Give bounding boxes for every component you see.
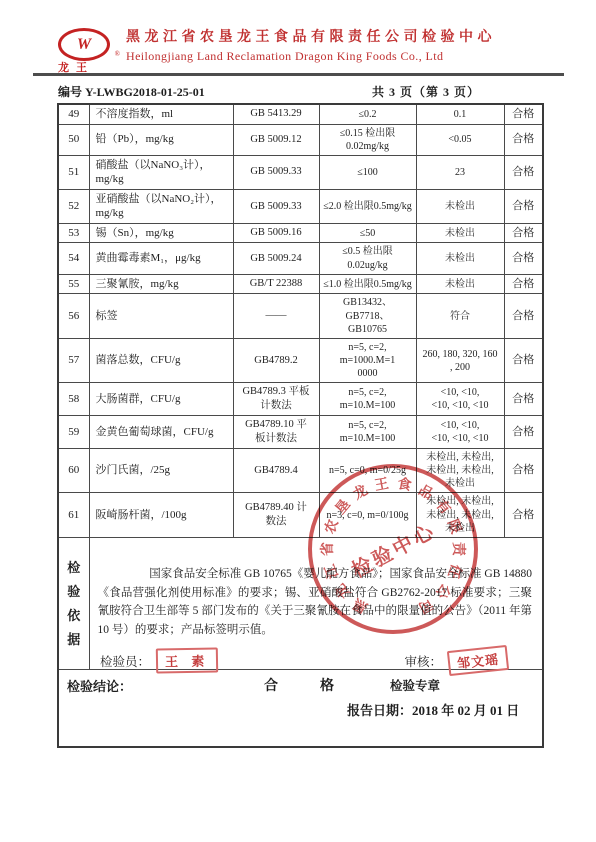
cell-conclusion: 合格 [504,416,543,449]
basis-label: 检验依据 [59,559,89,649]
cell-requirement: ≤0.5 检出限0.02ug/kg [319,243,416,274]
cell-result: 260, 180, 320, 160 , 200 [416,338,504,383]
cell-item: 锡（Sn），mg/kg [89,223,233,243]
cell-item: 亚硝酸盐（以NaNO₂计），mg/kg [89,189,233,223]
header-divider [33,73,564,76]
cell-method: GB 5009.33 [233,155,319,189]
table-row: 61阪崎肠杆菌，/100gGB4789.40 计 数法n=3, c=0, m=0… [58,493,543,538]
cell-item: 菌落总数，CFU/g [89,338,233,383]
cell-no: 55 [58,274,89,294]
cell-conclusion: 合格 [504,223,543,243]
cell-result: <10, <10, <10, <10, <10 [416,383,504,416]
cell-item: 硝酸盐（以NaNO₃计），mg/kg [89,155,233,189]
cell-method: GB 5009.33 [233,189,319,223]
company-name-cn: 黑龙江省农垦龙王食品有限责任公司检验中心 [126,26,496,46]
report-number-value: Y-LWBG2018-01-25-01 [85,85,205,99]
table-row: 58大肠菌群，CFU/gGB4789.3 平板 计数法n=5, c=2, m=1… [58,383,543,416]
cell-conclusion: 合格 [504,155,543,189]
company-logo: W 龙王 ® [58,28,114,72]
cell-method: GB4789.40 计 数法 [233,493,319,538]
cell-no: 60 [58,448,89,493]
inspector-signature: 检验员： 王 素 [100,648,218,673]
cell-item: 金黄色葡萄球菌，CFU/g [89,416,233,449]
cell-method: GB4789.10 平 板计数法 [233,416,319,449]
report-date: 报告日期：2018 年 02 月 01 日 [347,702,519,719]
cell-no: 56 [58,294,89,339]
cell-method: —— [233,294,319,339]
basis-text: 国家食品安全标准 GB 10765《婴儿配方食品》；国家食品安全标准 GB 14… [98,565,533,640]
cell-item: 大肠菌群，CFU/g [89,383,233,416]
cell-result: 未检出 [416,189,504,223]
document-meta-row: 编号 Y-LWBG2018-01-25-01 共 3 页（第 3 页） [58,83,542,100]
cell-result: 未检出, 未检出, 未检出, 未检出, 未检出 [416,493,504,538]
cell-no: 59 [58,416,89,449]
cell-result: 未检出, 未检出, 未检出, 未检出, 未检出 [416,448,504,493]
cell-method: GB 5413.29 [233,104,319,124]
cell-conclusion: 合格 [504,493,543,538]
cell-result: <10, <10, <10, <10, <10 [416,416,504,449]
logo-w-mark: W [77,37,91,53]
cell-requirement: n=5, c=2, m=1000.M=1 0000 [319,338,416,383]
table-row: 60沙门氏菌，/25gGB4789.4n=5, c=0, m=0/25g未检出,… [58,448,543,493]
report-header: W 龙王 ® 黑龙江省农垦龙王食品有限责任公司检验中心 Heilongjiang… [56,26,556,72]
cell-requirement: ≤0.2 [319,104,416,124]
cell-conclusion: 合格 [504,124,543,155]
cell-item: 不溶度指数，ml [89,104,233,124]
inspector-label: 检验员： [100,652,150,670]
cell-no: 54 [58,243,89,274]
cell-requirement: n=5, c=2, m=10.M=100 [319,383,416,416]
cell-result: 未检出 [416,243,504,274]
table-row: 59金黄色葡萄球菌，CFU/gGB4789.10 平 板计数法n=5, c=2,… [58,416,543,449]
table-row: 57菌落总数，CFU/gGB4789.2n=5, c=2, m=1000.M=1… [58,338,543,383]
cell-method: GB 5009.12 [233,124,319,155]
cell-conclusion: 合格 [504,294,543,339]
cell-no: 51 [58,155,89,189]
cell-requirement: n=3, c=0, m=0/100g [319,493,416,538]
table-row: 50铅（Pb），mg/kgGB 5009.12≤0.15 检出限 0.02mg/… [58,124,543,155]
cell-method: GB4789.2 [233,338,319,383]
cell-result: <0.05 [416,124,504,155]
cell-requirement: n=5, c=0, m=0/25g [319,448,416,493]
reviewer-signature: 审核： 邹文瑶 [404,648,508,673]
cell-result: 符合 [416,294,504,339]
cell-no: 52 [58,189,89,223]
registered-trademark-icon: ® [115,50,120,58]
cell-no: 50 [58,124,89,155]
table-row: 51硝酸盐（以NaNO₃计），mg/kgGB 5009.33≤10023合格 [58,155,543,189]
cell-method: GB 5009.24 [233,243,319,274]
conclusion-row: 检验结论： 合 格 检验专章 报告日期：2018 年 02 月 01 日 [58,669,543,747]
cell-requirement: ≤50 [319,223,416,243]
page-count: 共 3 页（第 3 页） [372,83,542,100]
conclusion-label: 检验结论： [67,678,132,695]
cell-item: 阪崎肠杆菌，/100g [89,493,233,538]
signature-row: 检验员： 王 素 审核： 邹文瑶 [58,648,538,673]
company-name-en: Heilongjiang Land Reclamation Dragon Kin… [126,49,496,64]
table-row: 55三聚氰胺，mg/kgGB/T 22388≤1.0 检出限0.5mg/kg未检… [58,274,543,294]
cell-item: 铅（Pb），mg/kg [89,124,233,155]
table-row: 53锡（Sn），mg/kgGB 5009.16≤50未检出合格 [58,223,543,243]
cell-item: 黄曲霉毒素M₁，μg/kg [89,243,233,274]
conclusion-cell: 检验结论： 合 格 检验专章 报告日期：2018 年 02 月 01 日 [58,669,543,747]
seal-caption: 检验专章 [390,678,440,695]
reviewer-label: 审核： [404,652,442,670]
cell-conclusion: 合格 [504,338,543,383]
cell-result: 未检出 [416,223,504,243]
cell-requirement: ≤1.0 检出限0.5mg/kg [319,274,416,294]
cell-conclusion: 合格 [504,383,543,416]
cell-no: 49 [58,104,89,124]
cell-result: 未检出 [416,274,504,294]
table-row: 49不溶度指数，mlGB 5413.29≤0.20.1合格 [58,104,543,124]
report-date-value: 2018 年 02 月 01 日 [412,703,519,718]
cell-item: 三聚氰胺，mg/kg [89,274,233,294]
cell-result: 0.1 [416,104,504,124]
cell-no: 57 [58,338,89,383]
cell-item: 沙门氏菌，/25g [89,448,233,493]
table-row: 54黄曲霉毒素M₁，μg/kgGB 5009.24≤0.5 检出限0.02ug/… [58,243,543,274]
cell-requirement: ≤2.0 检出限0.5mg/kg [319,189,416,223]
report-number-label: 编号 [58,85,82,99]
cell-conclusion: 合格 [504,189,543,223]
cell-requirement: ≤100 [319,155,416,189]
cell-conclusion: 合格 [504,274,543,294]
table-row: 52亚硝酸盐（以NaNO₂计），mg/kgGB 5009.33≤2.0 检出限0… [58,189,543,223]
cell-no: 58 [58,383,89,416]
cell-method: GB 5009.16 [233,223,319,243]
report-page: W 龙王 ® 黑龙江省农垦龙王食品有限责任公司检验中心 Heilongjiang… [0,0,596,842]
reviewer-name-stamp: 邹文瑶 [447,645,509,676]
cell-requirement: ≤0.15 检出限 0.02mg/kg [319,124,416,155]
conclusion-value: 合 格 [264,678,334,696]
cell-conclusion: 合格 [504,448,543,493]
logo-oval-icon: W [58,28,110,61]
cell-requirement: GB13432、GB7718、 GB10765 [319,294,416,339]
cell-requirement: n=5, c=2, m=10.M=100 [319,416,416,449]
cell-no: 53 [58,223,89,243]
cell-method: GB4789.4 [233,448,319,493]
table-row: 56标签——GB13432、GB7718、 GB10765符合合格 [58,294,543,339]
cell-method: GB/T 22388 [233,274,319,294]
report-number: 编号 Y-LWBG2018-01-25-01 [58,83,205,100]
cell-result: 23 [416,155,504,189]
cell-item: 标签 [89,294,233,339]
inspector-name-stamp: 王 素 [156,647,219,673]
company-block: 黑龙江省农垦龙王食品有限责任公司检验中心 Heilongjiang Land R… [126,26,496,64]
cell-conclusion: 合格 [504,104,543,124]
cell-method: GB4789.3 平板 计数法 [233,383,319,416]
cell-conclusion: 合格 [504,243,543,274]
cell-no: 61 [58,493,89,538]
report-date-label: 报告日期： [347,703,412,718]
